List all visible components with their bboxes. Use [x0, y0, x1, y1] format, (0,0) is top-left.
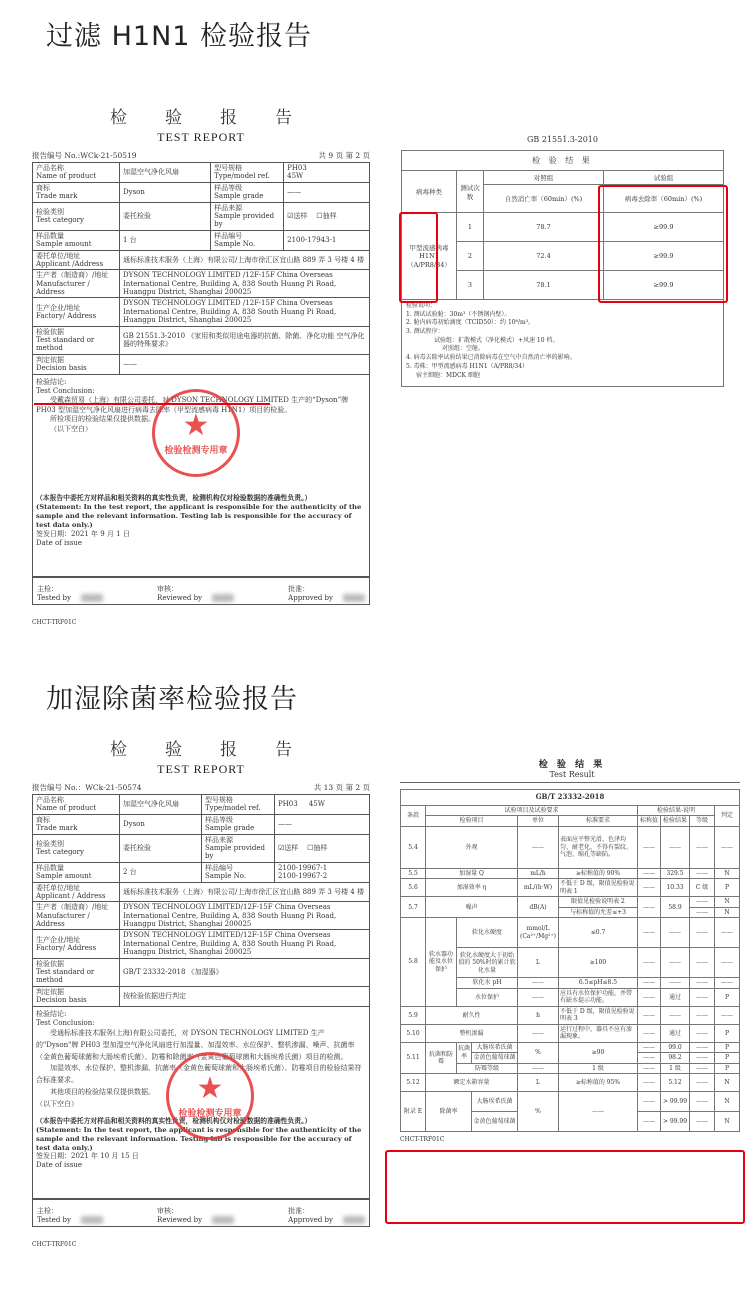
form-code: CHCT-TRF01C	[32, 619, 370, 626]
page-info: 共 13 页 第 2 页	[314, 782, 370, 793]
report-heading-en: TEST REPORT	[32, 130, 370, 145]
redacted-signature	[343, 594, 365, 602]
humidifier-result-table: GB/T 23332-2018 条款 试验项目及试验要求 检验结果-说明 判定 …	[400, 789, 740, 1132]
signature-row: 主检：Tested by 审核：Reviewed by 批准：Approved …	[32, 1199, 370, 1227]
checkbox-sampling: ☐抽样	[316, 212, 336, 220]
section-title-h1n1: 过滤 H1N1 检验报告	[46, 14, 312, 53]
redacted-signature	[81, 1216, 103, 1224]
report-heading-cn: 检验报告	[32, 103, 370, 128]
redacted-signature	[212, 594, 234, 602]
report-info-table: 产品名称Name of product 加湿空气净化风扇 型号规格Type/mo…	[32, 794, 370, 1007]
redacted-signature	[343, 1216, 365, 1224]
standard-title: GB 21551.3-2010	[401, 135, 724, 144]
section-title-humidify: 加湿除菌率检验报告	[46, 677, 298, 716]
test-notes: 检验说明： 1. 测试试验舱：30m³（不锈钢内壁）。 2. 舱内病毒初始滴度（…	[401, 300, 724, 387]
issue-date: 签发日期：2021 年 10 月 15 日	[36, 1152, 366, 1161]
trademark: Dyson	[120, 182, 211, 202]
highlight-box-sterilization	[385, 1150, 745, 1224]
highlight-box-removal-rate	[598, 185, 728, 303]
product-name: 加湿空气净化风扇	[120, 163, 211, 183]
report-number: 报告编号 No.:WCk-21-50519	[32, 150, 137, 161]
model-ref: PH0345W	[284, 163, 370, 183]
redacted-signature	[81, 594, 103, 602]
result-panel-humidify: 检 验 结 果 Test Result GB/T 23332-2018 条款 试…	[394, 757, 750, 1143]
signature-row: 主检：Tested by 审核：Reviewed by 批准：Approved …	[32, 577, 370, 605]
star-icon: ★	[183, 411, 210, 441]
report-info-table: 产品名称Name of product 加湿空气净化风扇 型号规格Type/mo…	[32, 162, 370, 375]
highlight-underline	[34, 403, 270, 405]
star-icon: ★	[197, 1074, 224, 1104]
report-number: 报告编号 No.：WCk-21-50574	[32, 782, 142, 793]
sterilization-rate-ecoli: > 99.99	[661, 1092, 690, 1112]
page-info: 共 9 页 第 2 页	[319, 150, 370, 161]
sterilization-rate-staph: > 99.99	[661, 1112, 690, 1132]
highlight-box-virus	[399, 212, 438, 303]
issue-date: 签发日期：2021 年 9 月 1 日	[36, 530, 366, 539]
test-report-h1n1: 检验报告 TEST REPORT 报告编号 No.:WCk-21-50519 共…	[32, 103, 370, 626]
redacted-signature	[212, 1216, 234, 1224]
official-seal-stamp: ★ 检验检测专用章	[166, 1052, 254, 1140]
test-report-humidify: 检验报告 TEST REPORT 报告编号 No.：WCk-21-50574 共…	[32, 735, 370, 1248]
tank-capacity-result: 5.12	[661, 1074, 690, 1092]
form-code: CHCT-TRF01C	[32, 1241, 370, 1248]
checkbox-sent-sample: ☑送样	[287, 212, 307, 220]
